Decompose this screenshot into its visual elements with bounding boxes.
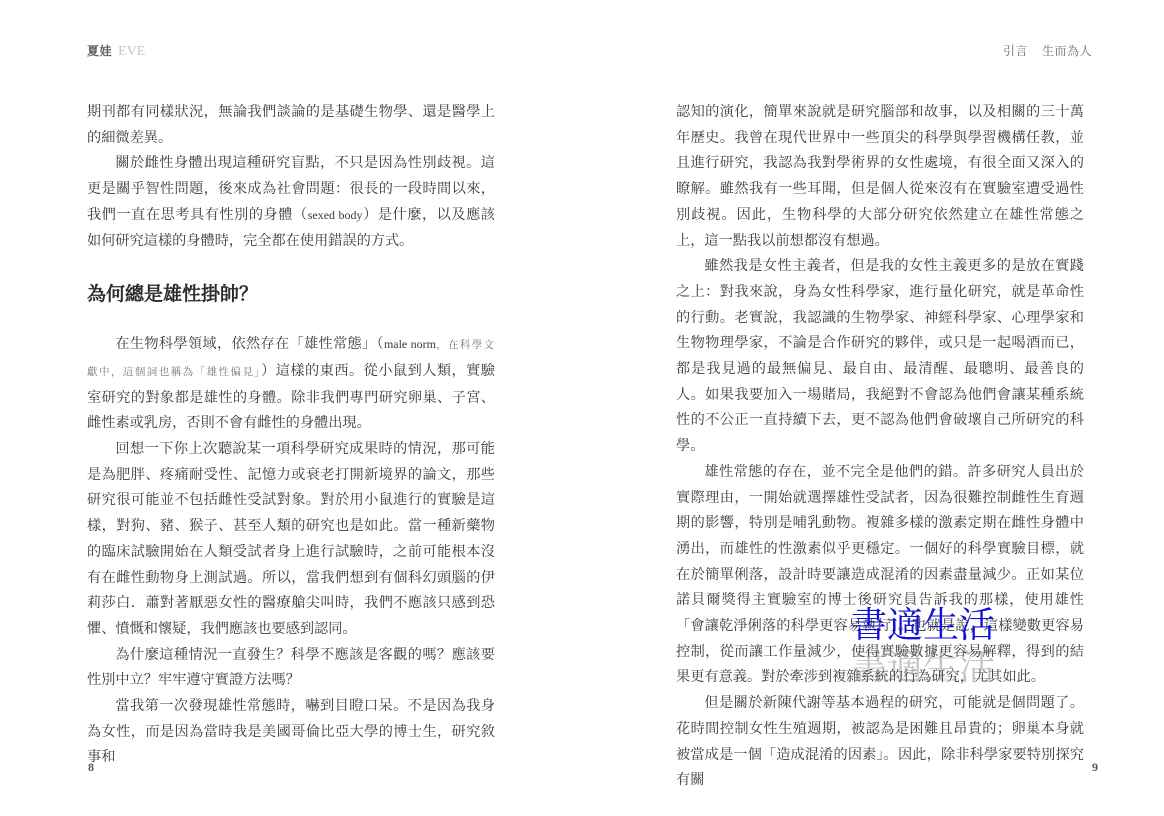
- paragraph: 關於雌性身體出現這種研究盲點，不只是因為性別歧視。這更是關乎智性問題，後來成為社…: [87, 151, 495, 254]
- section-heading: 為何總是雄性掛帥？: [87, 280, 495, 308]
- chapter-label: 引言: [1003, 44, 1028, 58]
- english-term: sexed body: [308, 208, 363, 222]
- paragraph: 但是關於新陳代謝等基本過程的研究，可能就是個問題了。花時間控制女性生殖週期，被認…: [676, 691, 1084, 794]
- paragraph-continued: 期刊都有同樣狀況，無論我們談論的是基礎生物學、還是醫學上的細微差異。: [87, 100, 495, 151]
- paragraph: 雄性常態的存在，並不完全是他們的錯。許多研究人員出於實際理由，一開始就選擇雄性受…: [676, 460, 1084, 691]
- paragraph: 回想一下你上次聽說某一項科學研究成果時的情況，那可能是為肥胖、疼痛耐受性、記憶力…: [87, 437, 495, 643]
- paragraph-text: 在生物科學領域，依然存在「雄性常態」（: [115, 336, 384, 352]
- page-number-right: 9: [1092, 760, 1098, 775]
- paragraph: 當我第一次發現雄性常態時，嚇到目瞪口呆。不是因為我身為女性，而是因為當時我是美國…: [87, 694, 495, 771]
- left-page: 夏娃EVE 期刊都有同樣狀況，無論我們談論的是基礎生物學、還是醫學上的細微差異。…: [0, 0, 582, 816]
- english-term: male norm: [384, 337, 436, 351]
- paragraph: 在生物科學領域，依然存在「雄性常態」（male norm，在科學文獻中，這個詞也…: [87, 332, 495, 437]
- book-title-en: EVE: [118, 44, 145, 59]
- book-title: 夏娃: [87, 44, 112, 58]
- right-body-text: 認知的演化，簡單來說就是研究腦部和故事，以及相關的三十萬年歷史。我曾在現代世界中…: [676, 100, 1084, 794]
- page-number-left: 8: [88, 760, 94, 775]
- right-page: 引言生而為人 認知的演化，簡單來說就是研究腦部和故事，以及相關的三十萬年歷史。我…: [582, 0, 1164, 816]
- paragraph: 雖然我是女性主義者，但是我的女性主義更多的是放在實踐之上：對我來說，身為女性科學…: [676, 254, 1084, 460]
- paragraph: 為什麼這種情況一直發生？科學不應該是客觀的嗎？應該要性別中立？牢牢遵守實證方法嗎…: [87, 643, 495, 694]
- left-body-text: 期刊都有同樣狀況，無論我們談論的是基礎生物學、還是醫學上的細微差異。 關於雌性身…: [87, 100, 495, 771]
- paragraph-continued: 認知的演化，簡單來說就是研究腦部和故事，以及相關的三十萬年歷史。我曾在現代世界中…: [676, 100, 1084, 254]
- running-head-left: 夏娃EVE: [87, 42, 145, 60]
- chapter-title: 生而為人: [1042, 44, 1092, 58]
- running-head-right: 引言生而為人: [1003, 42, 1092, 59]
